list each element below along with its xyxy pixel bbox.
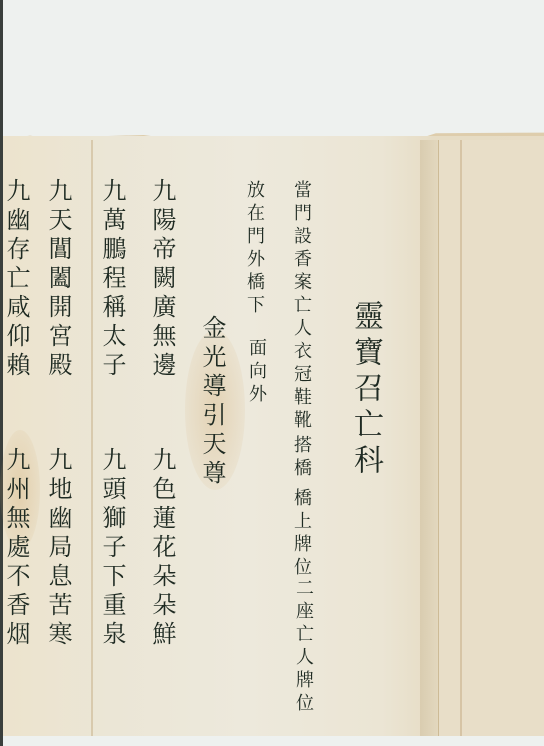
folded-page-flap bbox=[438, 140, 544, 736]
instruction-text: 亡人衣冠鞋靴 bbox=[292, 295, 310, 433]
verse-line: 九幽存亡咸仰賴 bbox=[4, 178, 28, 381]
instruction-text: 搭橋 bbox=[292, 435, 310, 481]
instruction-text: 放在門外橋下 bbox=[245, 180, 263, 318]
instruction-text: 二座亡人牌位 bbox=[294, 578, 312, 716]
verse-line: 九陽帝闕廣無邊 bbox=[150, 178, 174, 381]
verse-line: 九天閶闔開宮殿 bbox=[46, 178, 70, 381]
scan-bottom-margin bbox=[3, 736, 544, 746]
deity-name: 金光導引天尊 bbox=[200, 315, 224, 489]
paper-crease bbox=[460, 140, 462, 736]
verse-line: 九色蓮花朵朵鮮 bbox=[150, 447, 174, 650]
verse-line: 九地幽局息苦寒 bbox=[46, 447, 70, 650]
paper-fold-shadow bbox=[420, 140, 438, 736]
verse-line: 九萬鵬程稱太子 bbox=[100, 178, 124, 381]
manuscript-title: 靈寶召亡科 bbox=[350, 300, 380, 480]
instruction-text: 當門設香案 bbox=[292, 180, 310, 295]
instruction-text: 面向外 bbox=[247, 338, 265, 407]
verse-line: 九頭獅子下重泉 bbox=[100, 447, 124, 650]
instruction-text: 橋上牌位 bbox=[292, 488, 310, 580]
verse-line: 九州無處不香烟 bbox=[4, 447, 28, 650]
paper-crease bbox=[91, 140, 93, 736]
